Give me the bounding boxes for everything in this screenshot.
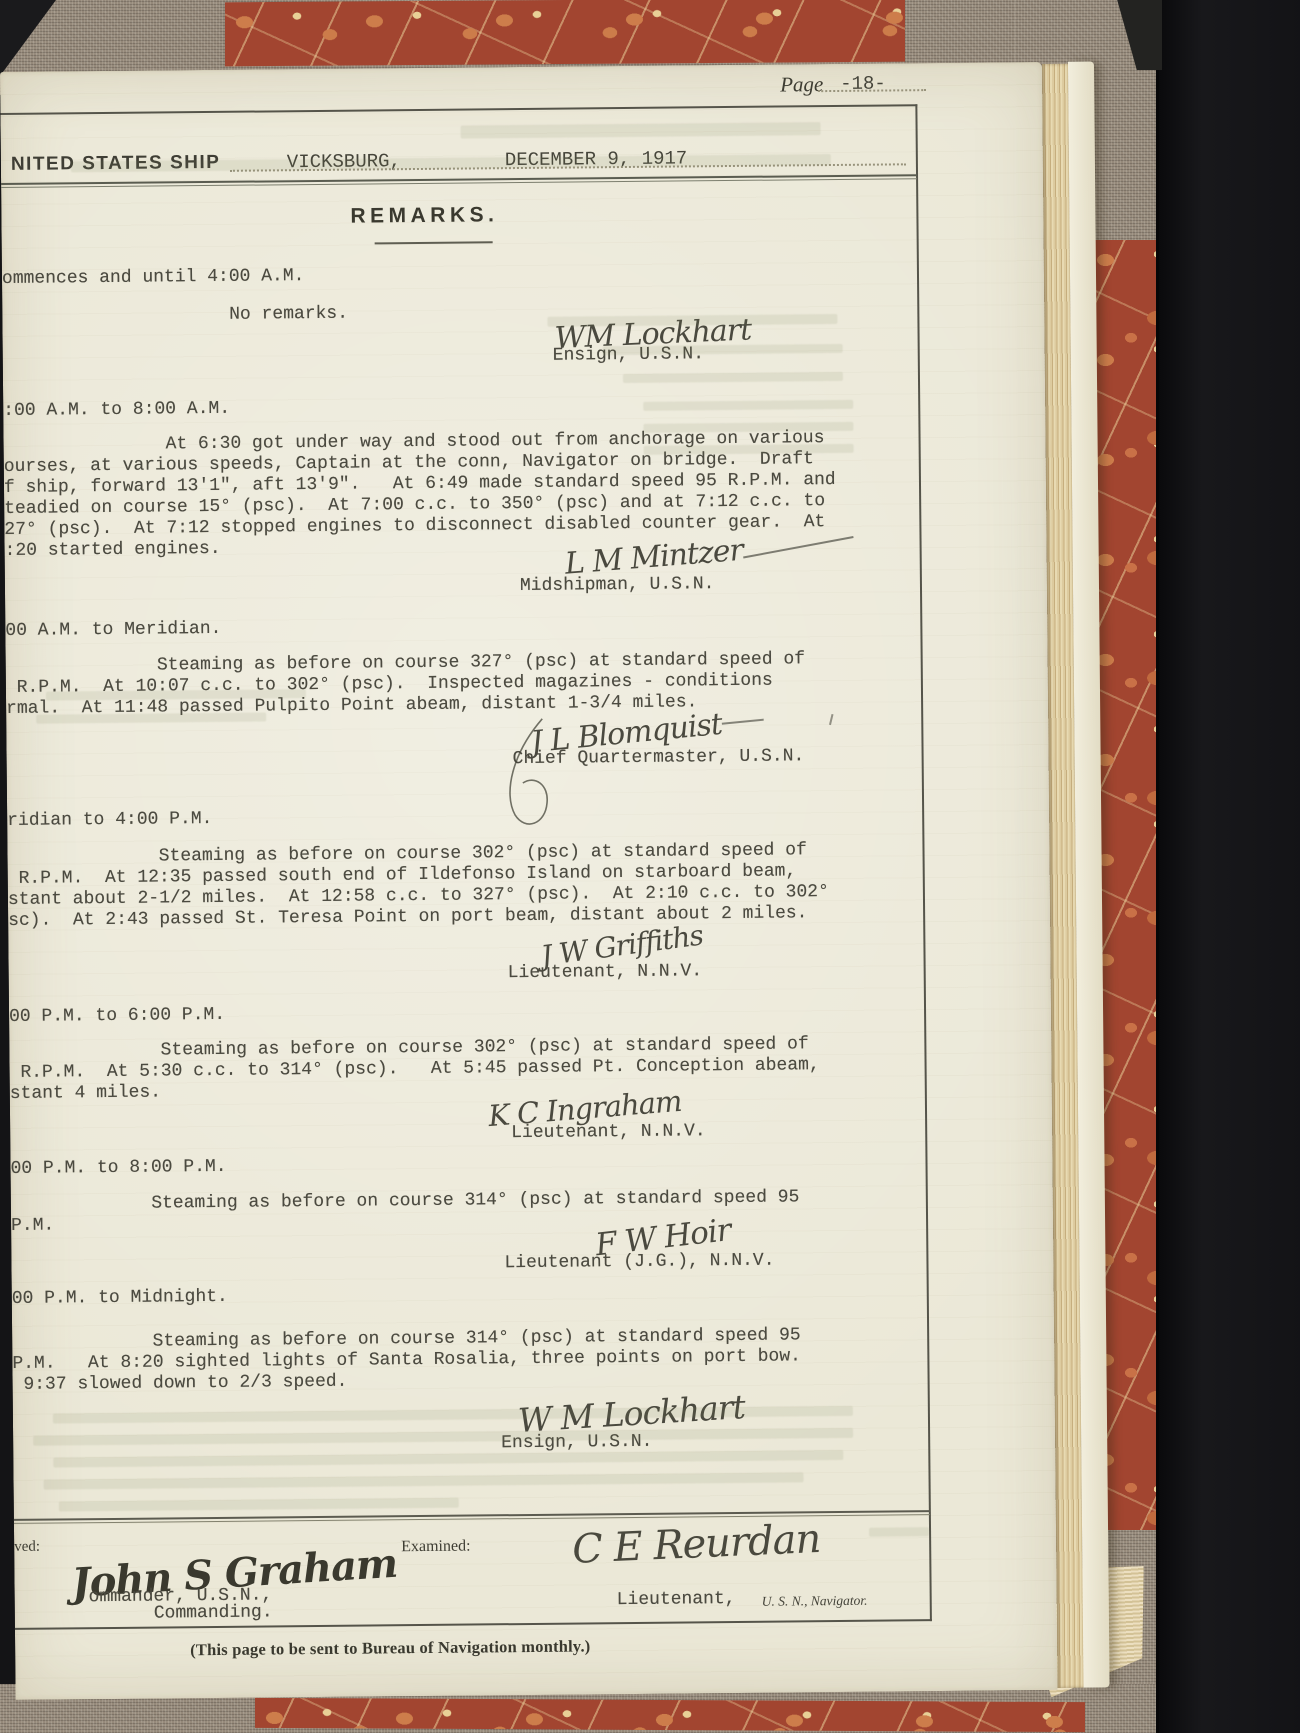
bleed-through-ghost xyxy=(869,1527,929,1537)
watch-entry-body: No remarks. xyxy=(2,304,348,328)
watch-entry-header: 00 P.M. to 6:00 P.M. xyxy=(9,1005,225,1027)
watch-entry-header: ommences and until 4:00 A.M. xyxy=(2,266,305,289)
watch-entry-body: Steaming as before on course 302° (psc) … xyxy=(7,840,829,932)
approved-label: ved: xyxy=(14,1539,40,1556)
logbook-scan: Page -18- NITED STATES SHIP VICKSBURG, D… xyxy=(0,0,1300,1733)
marbled-cover-bottom xyxy=(255,1698,1085,1732)
remarks-heading: REMARKS. xyxy=(350,203,498,228)
watch-entry-header: 00 A.M. to Meridian. xyxy=(5,619,221,641)
page-label: Page xyxy=(780,72,823,97)
page-block: Page -18- NITED STATES SHIP VICKSBURG, D… xyxy=(0,61,1110,1699)
watch-entry-header: 00 P.M. to 8:00 P.M. xyxy=(10,1157,226,1179)
officer-rank: Lieutenant (J.G.), N.N.V. xyxy=(504,1251,774,1274)
examined-label: Examined: xyxy=(401,1538,470,1557)
officer-rank: Lieutenant, N.N.V. xyxy=(511,1121,706,1143)
watch-entry-header: 00 P.M. to Midnight. xyxy=(12,1287,228,1309)
navigator-detail: U. S. N., Navigator. xyxy=(762,1593,868,1610)
officer-rank: Lieutenant, N.N.V. xyxy=(508,961,703,983)
commanding-label: Commanding. xyxy=(154,1602,273,1623)
navigator-rank: Lieutenant, xyxy=(617,1589,736,1610)
footer-note: (This page to be sent to Bureau of Navig… xyxy=(190,1636,590,1660)
marbled-cover-top xyxy=(225,0,905,66)
watch-entry-body: Steaming as before on course 302° (psc) … xyxy=(9,1034,820,1105)
watch-entry-header: :00 A.M. to 8:00 A.M. xyxy=(3,399,230,421)
officer-rank: Midshipman, U.S.N. xyxy=(520,574,715,596)
watch-entry-body: Steaming as before on course 314° (psc) … xyxy=(12,1325,801,1396)
watch-entry-header: ridian to 4:00 P.M. xyxy=(7,809,212,831)
signature-loop-icon xyxy=(498,714,579,835)
background-right xyxy=(1156,0,1300,1733)
